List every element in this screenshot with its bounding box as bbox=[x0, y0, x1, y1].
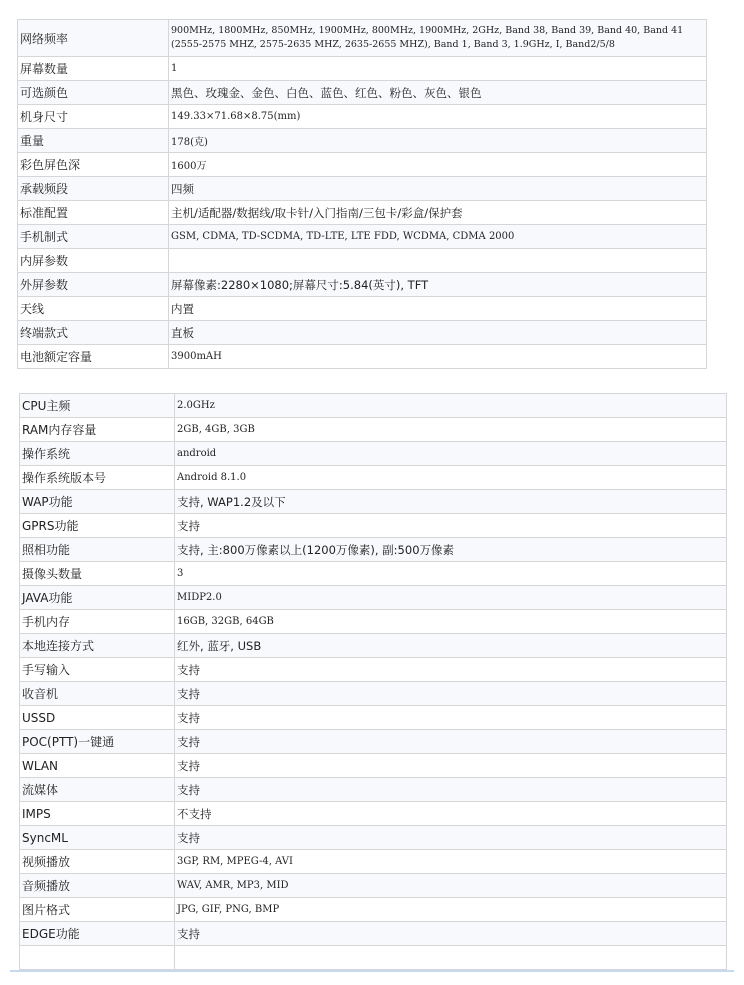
table-row: 操作系统版本号 Android 8.1.0 bbox=[20, 466, 727, 490]
table-row: 彩色屏色深 1600万 bbox=[18, 153, 707, 177]
spec-value: MIDP2.0 bbox=[175, 586, 727, 610]
spec-label: 手写输入 bbox=[20, 658, 175, 682]
spec-value: 1600万 bbox=[169, 153, 707, 177]
table-row: IMPS 不支持 bbox=[20, 802, 727, 826]
spec-value: 主机/适配器/数据线/取卡针/入门指南/三包卡/彩盒/保护套 bbox=[169, 201, 707, 225]
table-row: WLAN 支持 bbox=[20, 754, 727, 778]
table-row: SyncML 支持 bbox=[20, 826, 727, 850]
spec-value: 红外, 蓝牙, USB bbox=[175, 634, 727, 658]
spec-value: 1 bbox=[169, 57, 707, 81]
spec-value: 2GB, 4GB, 3GB bbox=[175, 418, 727, 442]
table-row: POC(PTT)一键通 支持 bbox=[20, 730, 727, 754]
spec-label: 彩色屏色深 bbox=[18, 153, 169, 177]
content-divider bbox=[10, 970, 734, 972]
spec-value: 支持 bbox=[175, 706, 727, 730]
spec-value: 3 bbox=[175, 562, 727, 586]
spec-value: android bbox=[175, 442, 727, 466]
table-row: 图片格式 JPG, GIF, PNG, BMP bbox=[20, 898, 727, 922]
spec-label: USSD bbox=[20, 706, 175, 730]
spec-value: 支持 bbox=[175, 922, 727, 946]
spec-label: 操作系统 bbox=[20, 442, 175, 466]
spec-label: 手机制式 bbox=[18, 225, 169, 249]
spec-label: 本地连接方式 bbox=[20, 634, 175, 658]
table-row: 流媒体 支持 bbox=[20, 778, 727, 802]
spec-label: 标准配置 bbox=[18, 201, 169, 225]
table-row: 手机制式 GSM, CDMA, TD-SCDMA, TD-LTE, LTE FD… bbox=[18, 225, 707, 249]
spec-value: WAV, AMR, MP3, MID bbox=[175, 874, 727, 898]
spec-value bbox=[169, 249, 707, 273]
spec-label: WAP功能 bbox=[20, 490, 175, 514]
spec-label: 视频播放 bbox=[20, 850, 175, 874]
table-row: 内屏参数 bbox=[18, 249, 707, 273]
spec-label: 流媒体 bbox=[20, 778, 175, 802]
spec-value: 178(克) bbox=[169, 129, 707, 153]
spec-label: 收音机 bbox=[20, 682, 175, 706]
table-row: 操作系统 android bbox=[20, 442, 727, 466]
spec-label: 网络频率 bbox=[18, 20, 169, 57]
table-row: USSD 支持 bbox=[20, 706, 727, 730]
spec-table-features: CPU主频 2.0GHz RAM内存容量 2GB, 4GB, 3GB 操作系统 … bbox=[19, 393, 727, 970]
table-row: 手机内存 16GB, 32GB, 64GB bbox=[20, 610, 727, 634]
table-row: GPRS功能 支持 bbox=[20, 514, 727, 538]
table-row bbox=[20, 946, 727, 970]
spec-value: 支持 bbox=[175, 754, 727, 778]
table-row: 天线 内置 bbox=[18, 297, 707, 321]
spec-value: 149.33×71.68×8.75(mm) bbox=[169, 105, 707, 129]
spec-label: 电池额定容量 bbox=[18, 345, 169, 369]
table-row: 手写输入 支持 bbox=[20, 658, 727, 682]
table-row: WAP功能 支持, WAP1.2及以下 bbox=[20, 490, 727, 514]
spec-label: RAM内存容量 bbox=[20, 418, 175, 442]
spec-label: 内屏参数 bbox=[18, 249, 169, 273]
spec-label: 天线 bbox=[18, 297, 169, 321]
table-row: EDGE功能 支持 bbox=[20, 922, 727, 946]
spec-label: CPU主频 bbox=[20, 394, 175, 418]
spec-label: 摄像头数量 bbox=[20, 562, 175, 586]
spec-label: 屏幕数量 bbox=[18, 57, 169, 81]
spec-label: 终端款式 bbox=[18, 321, 169, 345]
spec-label: 音频播放 bbox=[20, 874, 175, 898]
spec-label: 操作系统版本号 bbox=[20, 466, 175, 490]
spec-value: 直板 bbox=[169, 321, 707, 345]
spec-label: 重量 bbox=[18, 129, 169, 153]
table-row: 视频播放 3GP, RM, MPEG-4, AVI bbox=[20, 850, 727, 874]
spec-value: 四频 bbox=[169, 177, 707, 201]
spec-label: 图片格式 bbox=[20, 898, 175, 922]
table-row: 机身尺寸 149.33×71.68×8.75(mm) bbox=[18, 105, 707, 129]
table-row: 重量 178(克) bbox=[18, 129, 707, 153]
spec-value: GSM, CDMA, TD-SCDMA, TD-LTE, LTE FDD, WC… bbox=[169, 225, 707, 249]
table-row: 承载频段 四频 bbox=[18, 177, 707, 201]
spec-value: 支持, 主:800万像素以上(1200万像素), 副:500万像素 bbox=[175, 538, 727, 562]
spec-value: 900MHz, 1800MHz, 850MHz, 1900MHz, 800MHz… bbox=[169, 20, 707, 57]
table-row: 外屏参数 屏幕像素:2280×1080;屏幕尺寸:5.84(英寸), TFT bbox=[18, 273, 707, 297]
spec-value: 16GB, 32GB, 64GB bbox=[175, 610, 727, 634]
spec-value: Android 8.1.0 bbox=[175, 466, 727, 490]
spec-label bbox=[20, 946, 175, 970]
table-row: 收音机 支持 bbox=[20, 682, 727, 706]
spec-label: WLAN bbox=[20, 754, 175, 778]
table-row: RAM内存容量 2GB, 4GB, 3GB bbox=[20, 418, 727, 442]
spec-label: 机身尺寸 bbox=[18, 105, 169, 129]
spec-value: 支持 bbox=[175, 826, 727, 850]
spec-table-general: 网络频率 900MHz, 1800MHz, 850MHz, 1900MHz, 8… bbox=[17, 19, 707, 369]
spec-label: EDGE功能 bbox=[20, 922, 175, 946]
spec-label: JAVA功能 bbox=[20, 586, 175, 610]
spec-value: 屏幕像素:2280×1080;屏幕尺寸:5.84(英寸), TFT bbox=[169, 273, 707, 297]
spec-label: IMPS bbox=[20, 802, 175, 826]
table-row: 网络频率 900MHz, 1800MHz, 850MHz, 1900MHz, 8… bbox=[18, 20, 707, 57]
spec-label: 可选颜色 bbox=[18, 81, 169, 105]
table-row: 本地连接方式 红外, 蓝牙, USB bbox=[20, 634, 727, 658]
table-row: 终端款式 直板 bbox=[18, 321, 707, 345]
table-row: 电池额定容量 3900mAH bbox=[18, 345, 707, 369]
spec-value: 支持, WAP1.2及以下 bbox=[175, 490, 727, 514]
table-row: JAVA功能 MIDP2.0 bbox=[20, 586, 727, 610]
spec-value: JPG, GIF, PNG, BMP bbox=[175, 898, 727, 922]
table-row: CPU主频 2.0GHz bbox=[20, 394, 727, 418]
table-row: 可选颜色 黑色、玫瑰金、金色、白色、蓝色、红色、粉色、灰色、银色 bbox=[18, 81, 707, 105]
spec-value: 支持 bbox=[175, 778, 727, 802]
table-row: 屏幕数量 1 bbox=[18, 57, 707, 81]
spec-value: 支持 bbox=[175, 658, 727, 682]
spec-value: 支持 bbox=[175, 682, 727, 706]
spec-label: SyncML bbox=[20, 826, 175, 850]
spec-label: 手机内存 bbox=[20, 610, 175, 634]
spec-value: 3900mAH bbox=[169, 345, 707, 369]
spec-label: 外屏参数 bbox=[18, 273, 169, 297]
table-row: 摄像头数量 3 bbox=[20, 562, 727, 586]
spec-value: 3GP, RM, MPEG-4, AVI bbox=[175, 850, 727, 874]
spec-value bbox=[175, 946, 727, 970]
table-row: 标准配置 主机/适配器/数据线/取卡针/入门指南/三包卡/彩盒/保护套 bbox=[18, 201, 707, 225]
spec-value: 内置 bbox=[169, 297, 707, 321]
spec-label: 照相功能 bbox=[20, 538, 175, 562]
spec-value: 支持 bbox=[175, 514, 727, 538]
spec-value: 2.0GHz bbox=[175, 394, 727, 418]
spec-label: GPRS功能 bbox=[20, 514, 175, 538]
spec-label: 承载频段 bbox=[18, 177, 169, 201]
spec-value: 黑色、玫瑰金、金色、白色、蓝色、红色、粉色、灰色、银色 bbox=[169, 81, 707, 105]
spec-label: POC(PTT)一键通 bbox=[20, 730, 175, 754]
table-row: 音频播放 WAV, AMR, MP3, MID bbox=[20, 874, 727, 898]
spec-value: 支持 bbox=[175, 730, 727, 754]
table-row: 照相功能 支持, 主:800万像素以上(1200万像素), 副:500万像素 bbox=[20, 538, 727, 562]
spec-value: 不支持 bbox=[175, 802, 727, 826]
